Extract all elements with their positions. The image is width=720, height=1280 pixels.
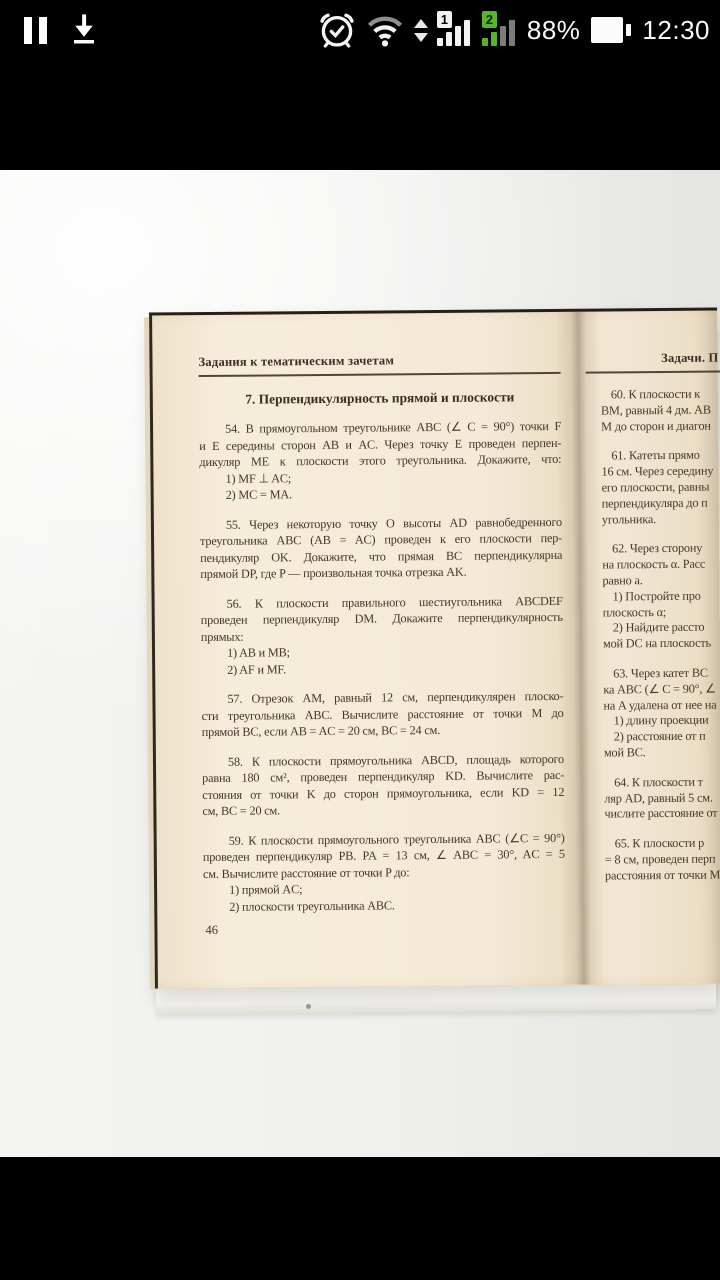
text-line: прямой DP, где P — произвольная точка от… bbox=[200, 563, 562, 583]
text-line: проведен перпендикуляр PB. PA = 13 см, ∠… bbox=[203, 846, 565, 866]
sim2-signal-icon: 2 bbox=[482, 11, 518, 49]
text-line: = 8 см, проведен перп bbox=[590, 851, 720, 868]
status-left-icons bbox=[10, 13, 99, 47]
text-line: 62. Через сторону bbox=[587, 541, 720, 558]
problem: 55. Через некоторую точку O высоты AD ра… bbox=[200, 513, 563, 582]
book-photo[interactable]: Задания к тематическим зачетам 7. Перпен… bbox=[0, 170, 720, 1157]
problem: 59. К плоскости прямоугольного треугольн… bbox=[203, 829, 566, 915]
section-title: 7. Перпендикулярность прямой и плоскости bbox=[199, 389, 561, 408]
alarm-icon bbox=[318, 10, 356, 50]
problem: 64. К плоскости тляр AD, равный 5 см.чис… bbox=[589, 774, 720, 823]
text-line: угольника. bbox=[587, 511, 720, 528]
text-line: его плоскости, равны bbox=[587, 479, 720, 496]
download-icon bbox=[69, 13, 99, 47]
text-line: числите расстояние от bbox=[589, 806, 720, 823]
text-line: мой BC. bbox=[589, 744, 720, 761]
pause-icon bbox=[24, 17, 47, 44]
problem: 61. Катеты прямо16 см. Через серединуего… bbox=[586, 448, 720, 528]
text-line: перпендикуляра до п bbox=[587, 495, 720, 512]
text-line: 61. Катеты прямо bbox=[586, 448, 720, 465]
text-line: 64. К плоскости т bbox=[589, 774, 720, 791]
text-line: 1) Постройте про bbox=[587, 588, 720, 605]
text-line: 2) Найдите рассто bbox=[588, 620, 720, 637]
problem: 58. К плоскости прямоугольника ABCD, пло… bbox=[202, 750, 565, 819]
text-line: ка ABC (∠ C = 90°, ∠ bbox=[588, 681, 720, 698]
text-line: 63. Через катет BC bbox=[588, 665, 720, 682]
problem-list-left: 54. В прямоугольном треугольнике ABC (∠ … bbox=[199, 418, 565, 915]
text-line: ляр AD, равный 5 см. bbox=[589, 790, 720, 807]
problem: 62. Через сторонуна плоскость α. Рассрав… bbox=[587, 541, 720, 653]
text-line: на плоскость α. Расс bbox=[587, 557, 720, 574]
text-line: 60. К плоскости к bbox=[586, 387, 720, 404]
wifi-icon bbox=[365, 11, 405, 49]
text-line: пендикуляр OK. Докажите, что прямая BC п… bbox=[200, 546, 562, 566]
clock: 12:30 bbox=[642, 15, 710, 46]
text-line: 1) длину проекции bbox=[589, 713, 720, 730]
text-line: M до сторон и диагон bbox=[586, 418, 720, 435]
problem: 65. К плоскости р= 8 см, проведен перпра… bbox=[590, 836, 720, 885]
sim2-badge: 2 bbox=[482, 11, 497, 28]
running-header-left: Задания к тематическим зачетам bbox=[198, 352, 560, 370]
battery-icon bbox=[591, 17, 631, 43]
status-right-icons: 1 2 88% 12:30 bbox=[318, 10, 710, 50]
text-line: 2) AF и MF. bbox=[201, 658, 563, 678]
text-line: равно a. bbox=[587, 572, 720, 589]
text-line: плоскость α; bbox=[588, 604, 720, 621]
dust-speck bbox=[306, 1004, 311, 1009]
sim1-signal-icon: 1 bbox=[437, 11, 473, 49]
header-rule-left bbox=[199, 372, 561, 377]
left-page: Задания к тематическим зачетам 7. Перпен… bbox=[198, 312, 566, 975]
problem: 57. Отрезок AM, равный 12 см, перпендику… bbox=[201, 688, 563, 741]
problem-list-right: 60. К плоскости кBM, равный 4 дм. ABM до… bbox=[586, 387, 720, 885]
battery-percent: 88% bbox=[527, 15, 581, 46]
text-line: сти треугольника ABC. Вычислите расстоян… bbox=[202, 704, 564, 724]
text-line: 2) плоскости треугольника ABC. bbox=[203, 895, 565, 915]
right-page: Задачи. П 60. К плоскости кBM, равный 4 … bbox=[585, 311, 720, 972]
text-line: расстояния от точки М bbox=[590, 867, 720, 884]
page-number: 46 bbox=[205, 920, 565, 938]
text-line: см, BC = 20 см. bbox=[202, 800, 564, 820]
header-rule-right bbox=[586, 371, 720, 374]
book-spread: Задания к тематическим зачетам 7. Перпен… bbox=[149, 308, 720, 989]
problem: 60. К плоскости кBM, равный 4 дм. ABM до… bbox=[586, 387, 720, 436]
text-line: 2) MC = MA. bbox=[200, 484, 562, 504]
text-line: 16 см. Через середину bbox=[586, 464, 720, 481]
text-line: на A удалена от нее на bbox=[588, 697, 720, 714]
sim1-badge: 1 bbox=[437, 11, 452, 28]
data-activity-icon bbox=[414, 19, 428, 42]
problem: 56. К плоскости правильного шестиугольни… bbox=[201, 592, 564, 678]
text-line: стояния от точки K до сторон прямоугольн… bbox=[202, 783, 564, 803]
text-line: мой DC на плоскость bbox=[588, 636, 720, 653]
text-line: проведен перпендикуляр DM. Докажите перп… bbox=[201, 609, 563, 629]
running-header-right: Задачи. П bbox=[585, 351, 720, 367]
text-line: прямой BC, если AB = AC = 20 см, BC = 24… bbox=[202, 721, 564, 741]
text-line: дикуляр ME к плоскости этого треугольник… bbox=[199, 451, 561, 471]
text-line: 2) расстояние от п bbox=[589, 729, 720, 746]
text-line: BM, равный 4 дм. AB bbox=[586, 402, 720, 419]
problem: 63. Через катет BCка ABC (∠ C = 90°, ∠на… bbox=[588, 665, 720, 761]
status-bar[interactable]: 1 2 88% 12:30 bbox=[0, 0, 720, 60]
text-line: 65. К плоскости р bbox=[590, 836, 720, 853]
problem: 54. В прямоугольном треугольнике ABC (∠ … bbox=[199, 418, 562, 504]
